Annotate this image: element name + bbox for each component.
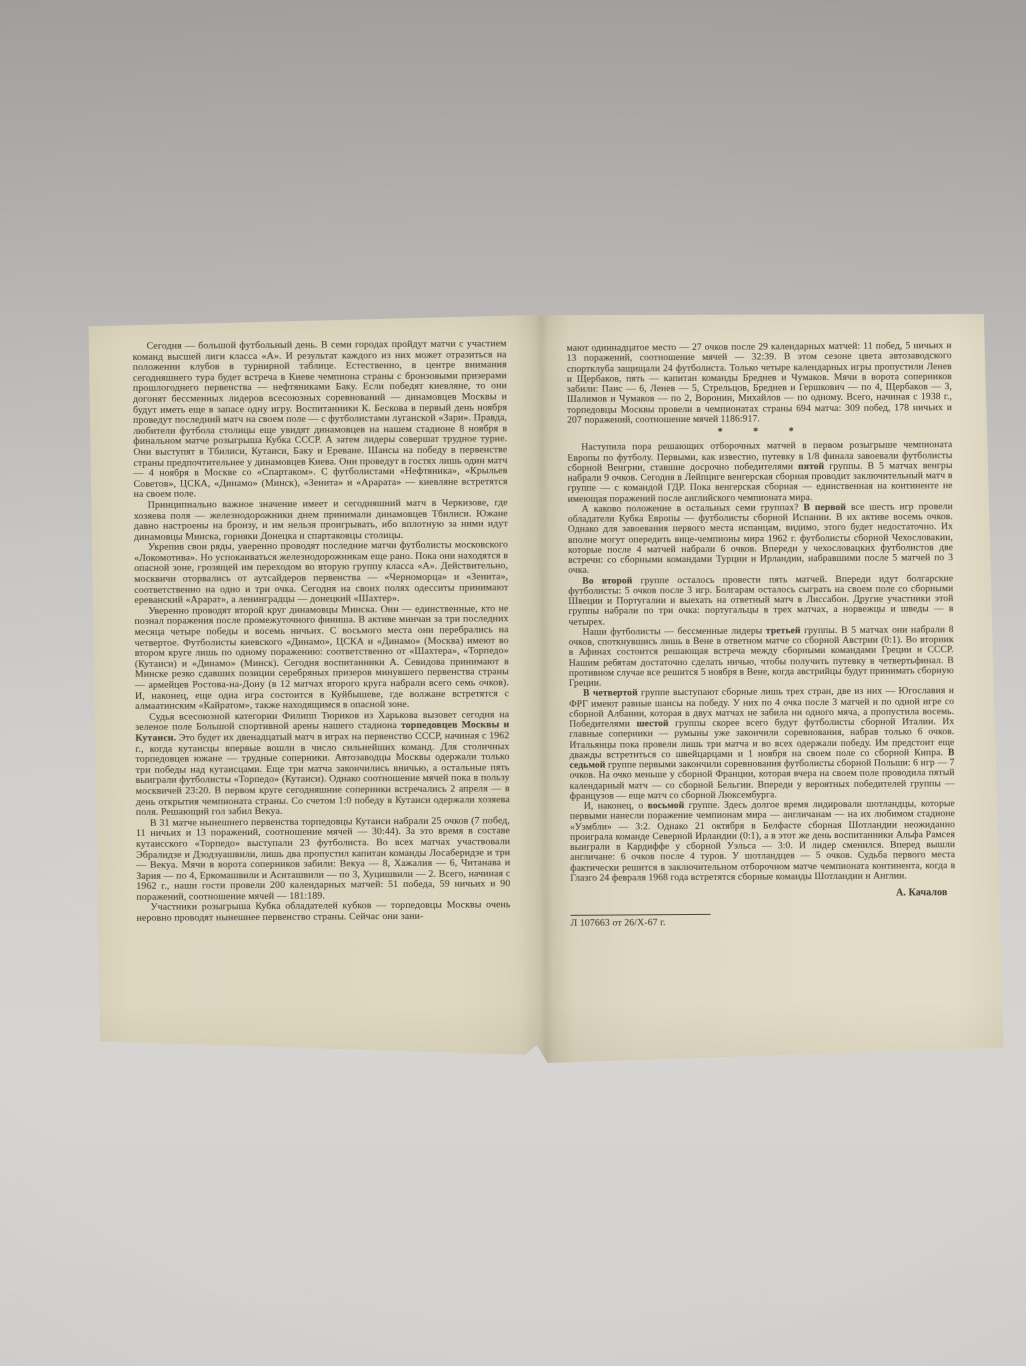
paragraph: Принципиально важное значение имеет и се… (134, 498, 508, 543)
paragraph: Уверенно проводят второй круг динамовцы … (134, 604, 509, 713)
text-run: В 31 матче нынешнего первенства торпедов… (136, 815, 510, 903)
paragraph: Сегодня — большой футбольный день. В сем… (133, 339, 508, 501)
paragraph: Участники розыгрыша Кубка обладателей ку… (136, 901, 510, 925)
section-separator: * * * (573, 426, 952, 439)
imprint-rule (571, 914, 711, 916)
paragraph: Наши футболисты — бессменные лидеры трет… (569, 625, 954, 689)
right-page-text: мают одиннадцатое место — 27 очков после… (567, 341, 956, 929)
right-page-top-paragraphs: мают одиннадцатое место — 27 очков после… (567, 341, 953, 426)
print-imprint: Л 107663 от 26/X-67 г. (571, 912, 956, 929)
paragraph: Во второй группе осталось провести пять … (568, 574, 953, 628)
text-run: Сегодня — большой футбольный день. В сем… (133, 338, 508, 500)
paragraph: Наступила пора решающих отборочных матче… (567, 440, 952, 504)
paragraph: Укрепив свои ряды, уверенно проводят пос… (134, 541, 508, 607)
text-run: Участники розыгрыша Кубка обладателей ку… (137, 900, 511, 924)
text-run: Принципиально важное значение имеет и се… (134, 497, 508, 542)
text-run: Это будет их двенадцатый матч в играх на… (135, 730, 509, 818)
paragraph: А каково положение в остальных семи груп… (568, 502, 953, 576)
right-page-bottom-paragraphs: Наступила пора решающих отборочных матче… (567, 440, 955, 883)
paragraph: Судья всесоюзной категории Филипп Тюрико… (135, 710, 510, 819)
imprint-text: Л 107663 от 26/X-67 г. (571, 917, 666, 929)
author-signature: А. Качалов (570, 888, 955, 901)
text-run: группе первыми закончили соревнования фу… (570, 757, 955, 801)
text-run: мают одиннадцатое место — 27 очков после… (567, 340, 952, 425)
paragraph: мают одиннадцатое место — 27 очков после… (567, 341, 953, 426)
text-run: группе. Здесь долгое время лидировали шо… (570, 798, 955, 883)
left-page-text: Сегодня — большой футбольный день. В сем… (133, 339, 512, 1020)
text-run: Укрепив свои ряды, уверенно проводят пос… (134, 540, 508, 607)
booklet: Сегодня — большой футбольный день. В сем… (88, 312, 1003, 1066)
center-fold-crease (512, 315, 572, 1063)
paragraph: В 31 матче нынешнего первенства торпедов… (136, 816, 511, 903)
text-run: Уверенно проводят второй круг динамовцы … (134, 603, 509, 712)
photo-background: Сегодня — большой футбольный день. В сем… (0, 0, 1026, 1366)
paragraph: В четвертой группе выступают сборные лиш… (569, 686, 955, 801)
paragraph: И, наконец, о восьмой группе. Здесь долг… (570, 799, 956, 884)
